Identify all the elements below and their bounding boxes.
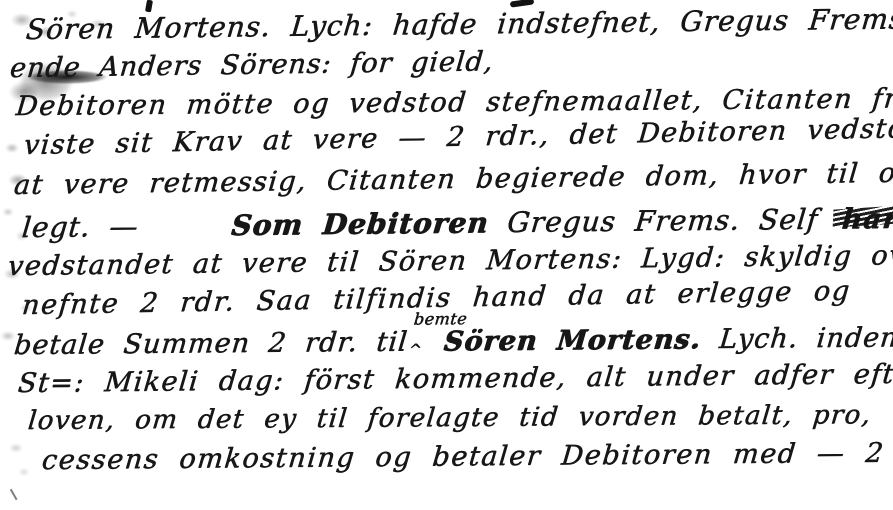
line9-bold-words: Sören Mortens. xyxy=(442,324,702,357)
interlinear-insertion: ^bemte xyxy=(406,326,427,358)
ink-speckles-bottom-left xyxy=(0,432,42,488)
manuscript-line-1: Sören Mortens. Lych: hafde indstefnet, G… xyxy=(24,1,893,46)
insertion-caret: ^ xyxy=(408,340,423,358)
strikethrough-scribble: har xyxy=(835,202,893,236)
manuscript-line-11: loven, om det ey til forelagte tid vorde… xyxy=(27,400,873,436)
manuscript-line-6: legt. — Som Debitoren Gregus Frems. Self… xyxy=(20,202,893,244)
manuscript-line-10: St=: Mikeli dag: först kommende, alt und… xyxy=(17,358,893,399)
line6-head: legt. — xyxy=(20,210,140,244)
line9-text-before: betale Summen 2 rdr. til xyxy=(13,327,410,361)
manuscript-line-2: ende Anders Sörens: for gield, xyxy=(9,46,495,84)
line9-text-after: Lych. inden xyxy=(718,322,893,355)
line6-text: Gregus Frems. Self xyxy=(506,203,820,239)
manuscript-line-9: betale Summen 2 rdr. til^bemte Sören Mor… xyxy=(12,322,893,362)
manuscript-line-12: cessens omkostning og betaler Debitoren … xyxy=(41,437,893,476)
manuscript-line-5: at vere retmessig, Citanten begierede do… xyxy=(13,157,893,201)
ink-mark-bottom xyxy=(10,484,26,500)
inserted-word: bemte xyxy=(413,309,468,328)
manuscript-line-7: vedstandet at vere til Sören Mortens: Ly… xyxy=(7,239,893,282)
line6-bold-words: Som Debitoren xyxy=(230,206,490,242)
manuscript-page: Sören Mortens. Lych: hafde indstefnet, G… xyxy=(0,0,893,510)
